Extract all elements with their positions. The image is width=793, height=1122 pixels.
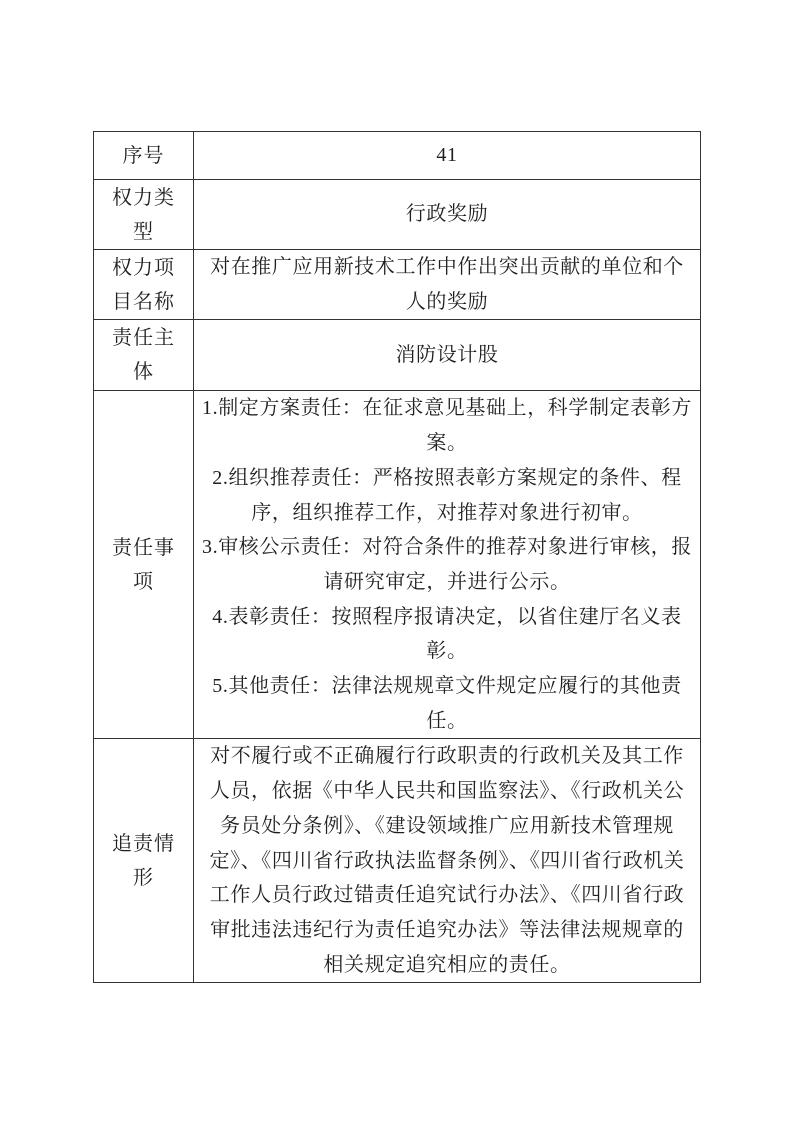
responsibility-item-5: 5.其他责任：法律法规规章文件规定应履行的其他责任。 xyxy=(200,669,694,738)
row-value-power-type: 行政奖励 xyxy=(194,180,701,250)
row-label-responsible-entity: 责任主体 xyxy=(94,320,194,391)
row-value-accountability: 对不履行或不正确履行行政职责的行政机关及其工作人员，依据《中华人民共和国监察法》… xyxy=(194,739,701,983)
table-row-accountability: 追责情形 对不履行或不正确履行行政职责的行政机关及其工作人员，依据《中华人民共和… xyxy=(94,739,701,983)
responsibility-item-4: 4.表彰责任：按照程序报请决定，以省住建厅名义表彰。 xyxy=(200,600,694,669)
row-value-power-item-name: 对在推广应用新技术工作中作出突出贡献的单位和个人的奖励 xyxy=(194,250,701,320)
responsibility-table: 序号 41 权力类型 行政奖励 权力项目名称 对在推广应用新技术工作中作出突出贡… xyxy=(93,131,701,983)
table-row-power-type: 权力类型 行政奖励 xyxy=(94,180,701,250)
row-value-responsibility-items: 1.制定方案责任：在征求意见基础上，科学制定表彰方案。 2.组织推荐责任：严格按… xyxy=(194,391,701,739)
table-row-responsibility-items: 责任事项 1.制定方案责任：在征求意见基础上，科学制定表彰方案。 2.组织推荐责… xyxy=(94,391,701,739)
table-row-serial: 序号 41 xyxy=(94,132,701,180)
row-label-responsibility-items: 责任事项 xyxy=(94,391,194,739)
row-label-power-item-name: 权力项目名称 xyxy=(94,250,194,320)
row-value-serial: 41 xyxy=(194,132,701,180)
row-label-serial: 序号 xyxy=(94,132,194,180)
responsibility-item-2: 2.组织推荐责任：严格按照表彰方案规定的条件、程序，组织推荐工作，对推荐对象进行… xyxy=(200,461,694,530)
responsibility-item-3: 3.审核公示责任：对符合条件的推荐对象进行审核，报请研究审定，并进行公示。 xyxy=(200,530,694,599)
row-value-responsible-entity: 消防设计股 xyxy=(194,320,701,391)
row-label-accountability: 追责情形 xyxy=(94,739,194,983)
accountability-text: 对不履行或不正确履行行政职责的行政机关及其工作人员，依据《中华人民共和国监察法》… xyxy=(200,739,694,982)
table-row-responsible-entity: 责任主体 消防设计股 xyxy=(94,320,701,391)
table-row-power-item-name: 权力项目名称 对在推广应用新技术工作中作出突出贡献的单位和个人的奖励 xyxy=(94,250,701,320)
responsibility-item-1: 1.制定方案责任：在征求意见基础上，科学制定表彰方案。 xyxy=(200,391,694,460)
row-label-power-type: 权力类型 xyxy=(94,180,194,250)
document-page: 序号 41 权力类型 行政奖励 权力项目名称 对在推广应用新技术工作中作出突出贡… xyxy=(0,0,793,1122)
